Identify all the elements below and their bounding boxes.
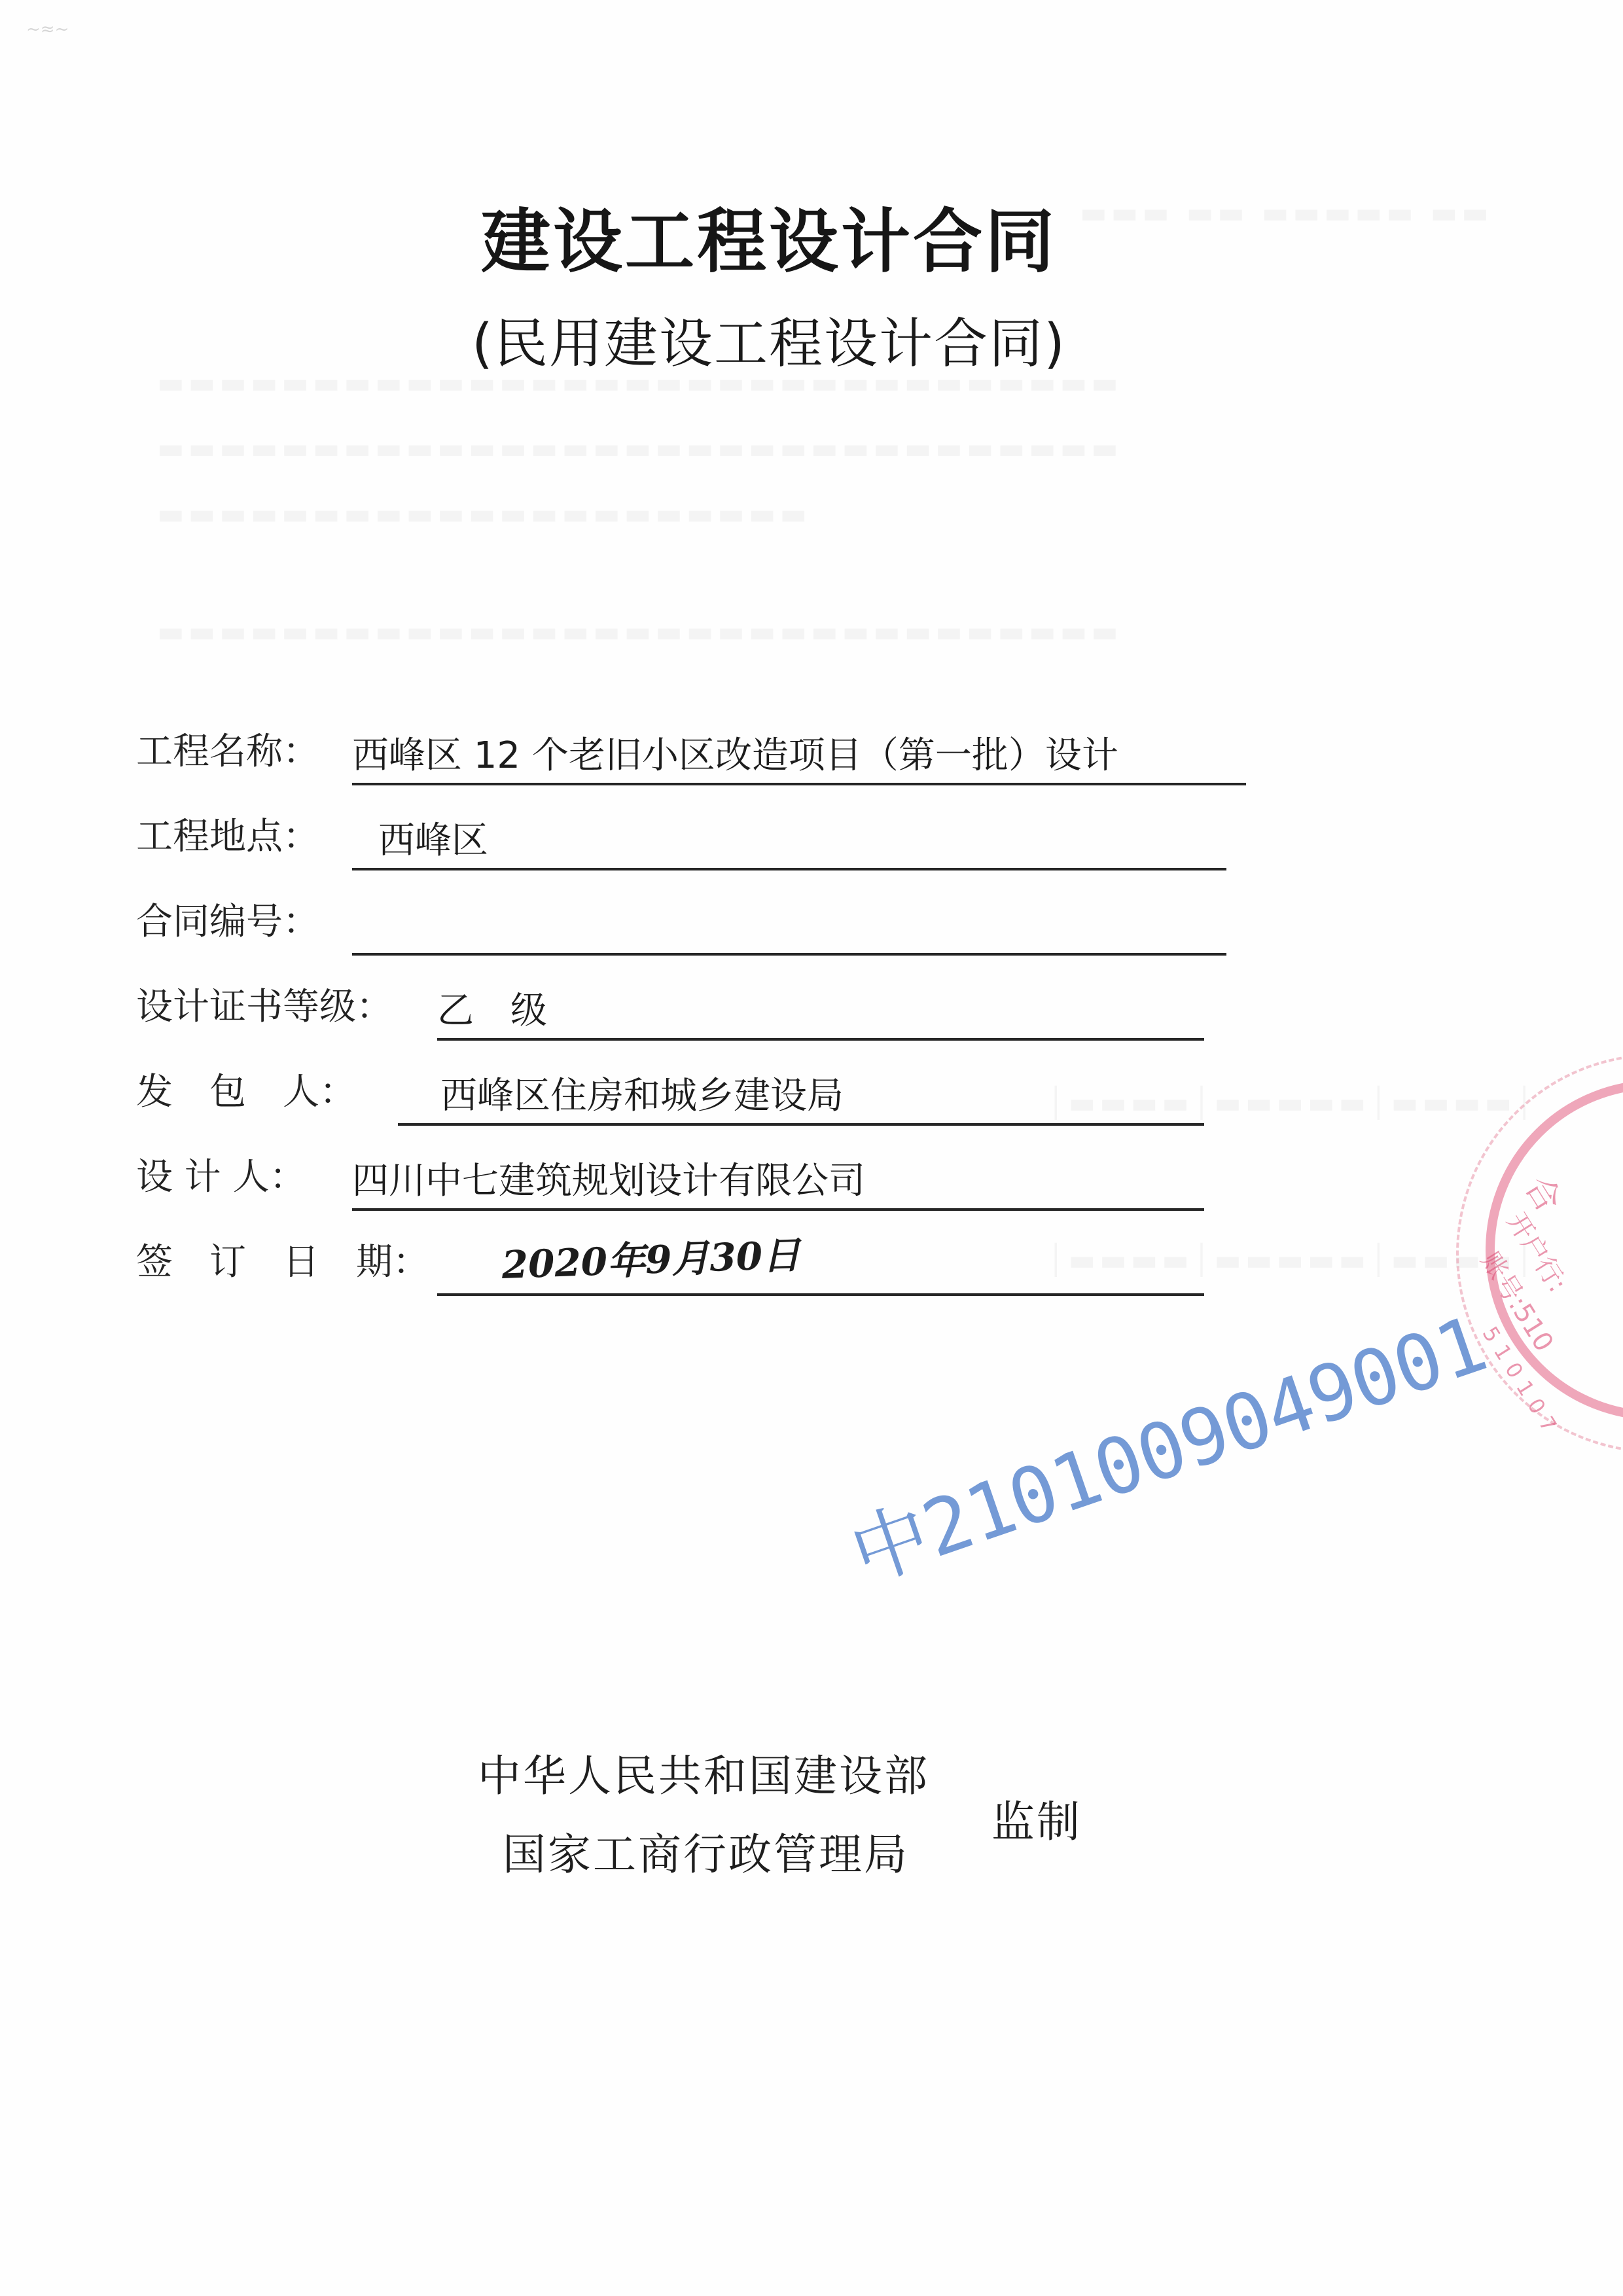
underline bbox=[352, 868, 1226, 870]
field-certificate-grade: 设计证书等级： 乙 级 bbox=[136, 982, 1249, 1041]
show-through-text: ▬▬▬▬▬▬▬▬▬▬▬▬▬▬▬▬▬▬▬▬▬▬▬▬▬▬▬▬▬▬▬ bbox=[157, 432, 1122, 465]
sign-date-handwritten: 2020年9月30日 bbox=[501, 1224, 801, 1289]
footer-org-ministry: 中华人民共和国建设部 bbox=[478, 1741, 929, 1803]
field-label: 设计证书等级： bbox=[136, 978, 393, 1030]
field-label: 合同编号： bbox=[136, 893, 319, 945]
field-label: 工程名称： bbox=[136, 723, 319, 775]
underline bbox=[352, 1208, 1204, 1211]
underline bbox=[398, 1123, 1204, 1126]
document-subtitle: (民用建设工程设计合同) bbox=[0, 301, 1538, 378]
field-label: 发 包 人： bbox=[136, 1063, 356, 1115]
field-client: 发 包 人： 西峰区住房和城乡建设局 bbox=[136, 1067, 1249, 1126]
show-through-text: ▬▬▬▬▬▬▬▬▬▬▬▬▬▬▬▬▬▬▬▬▬▬▬▬▬▬▬▬▬▬▬ bbox=[157, 615, 1122, 649]
underline bbox=[352, 953, 1226, 956]
field-project-name: 工程名称： 西峰区 12 个老旧小区改造项目（第一批）设计 bbox=[136, 726, 1249, 785]
field-label: 签 订 日 期： bbox=[136, 1233, 429, 1285]
certificate-grade-value: 乙 级 bbox=[437, 982, 547, 1034]
document-title: 建设工程设计合同 bbox=[0, 187, 1538, 286]
scan-artifact: ~≈~ bbox=[26, 20, 69, 39]
field-label: 设 计 人： bbox=[136, 1148, 306, 1200]
footer-supervised: 监制 bbox=[991, 1787, 1082, 1849]
field-label: 工程地点： bbox=[136, 808, 319, 860]
field-project-location: 工程地点： 西峰区 bbox=[136, 812, 1249, 870]
client-value: 西峰区住房和城乡建设局 bbox=[440, 1067, 844, 1119]
project-name-value: 西峰区 12 个老旧小区改造项目（第一批）设计 bbox=[352, 726, 1118, 779]
designer-value: 四川中七建筑规划设计有限公司 bbox=[352, 1152, 865, 1204]
underline bbox=[437, 1038, 1204, 1041]
show-through-text: ▬▬▬▬▬▬▬▬▬▬▬▬▬▬▬▬▬▬▬▬▬ bbox=[157, 497, 811, 531]
field-designer: 设 计 人： 四川中七建筑规划设计有限公司 bbox=[136, 1152, 1249, 1211]
footer-org-admin: 国家工商行政管理局 bbox=[503, 1820, 909, 1882]
project-location-value: 西峰区 bbox=[378, 812, 488, 864]
field-sign-date: 签 订 日 期： 2020年9月30日 bbox=[136, 1237, 1249, 1296]
blue-serial-stamp: 中2101009049001 bbox=[834, 1282, 1498, 1604]
underline bbox=[352, 783, 1246, 785]
underline bbox=[437, 1293, 1204, 1296]
contract-cover-page: ▬▬▬ ▬▬ ▬▬▬▬▬ ▬▬ ▬▬▬▬▬▬▬▬▬▬▬▬▬▬▬▬▬▬▬▬▬▬▬▬… bbox=[0, 0, 1623, 2296]
field-contract-number: 合同编号： bbox=[136, 897, 1249, 956]
